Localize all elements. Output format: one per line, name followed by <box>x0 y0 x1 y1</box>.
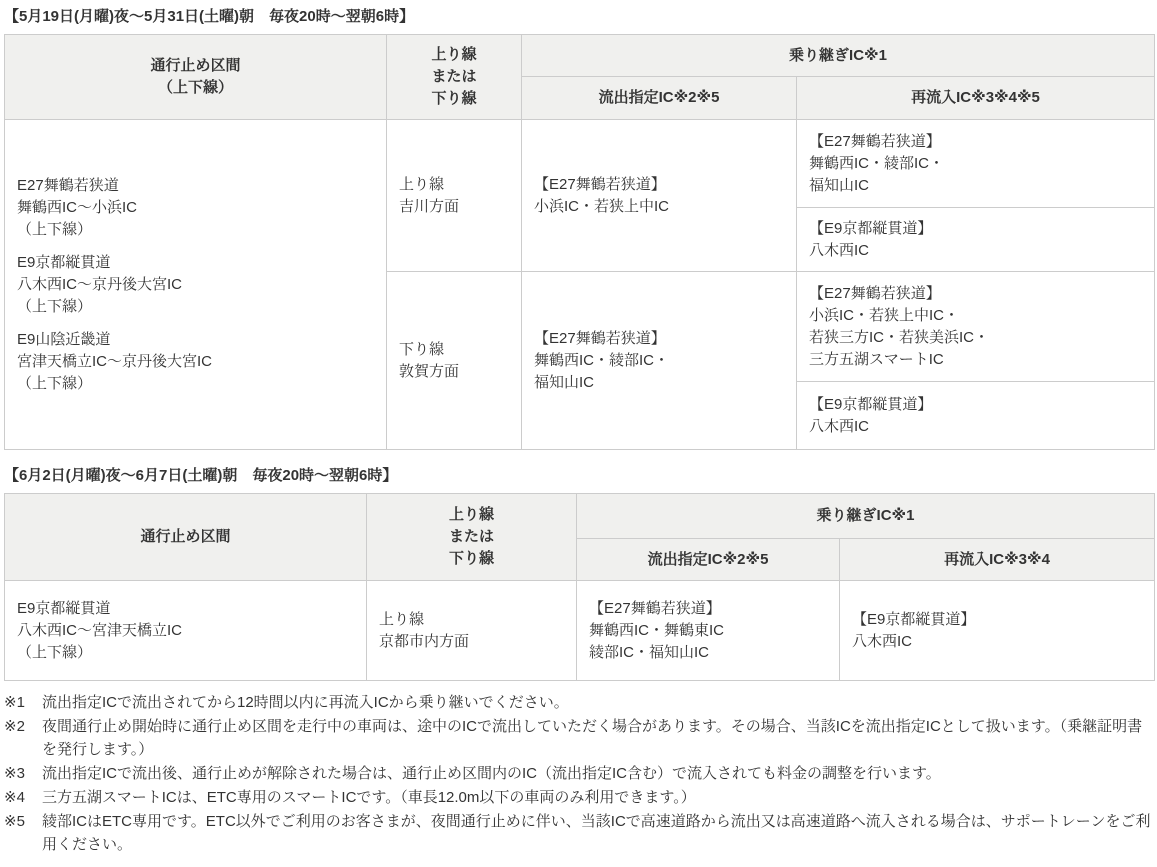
footnote-marker: ※1 <box>4 691 42 714</box>
footnote-5: ※5 綾部ICはETC専用です。ETC以外でご利用のお客さまが、夜間通行止めに伴… <box>4 810 1154 856</box>
footnote-marker: ※4 <box>4 786 42 809</box>
footnotes: ※1 流出指定ICで流出されてから12時間以内に再流入ICから乗り継いでください… <box>4 691 1154 856</box>
transfer-ic-header: 乗り継ぎIC※1 <box>577 494 1155 539</box>
footnote-2: ※2 夜間通行止め開始時に通行止め区間を走行中の車両は、途中のICで流出していた… <box>4 715 1154 761</box>
reentry-ic-cell-down-e27: 【E27舞鶴若狭道】 小浜IC・若狭上中IC・ 若狭三方IC・若狭美浜IC・ 三… <box>797 272 1155 382</box>
schedule-heading-june: 【6月2日(月曜)夜～6月7日(土曜)朝 毎夜20時～翌朝6時】 <box>4 466 1154 486</box>
footnote-marker: ※5 <box>4 810 42 833</box>
exit-ic-cell-up: 【E27舞鶴若狭道】 小浜IC・若狭上中IC <box>522 120 797 272</box>
reentry-ic-header: 再流入IC※3※4※5 <box>797 77 1155 120</box>
footnote-3: ※3 流出指定ICで流出後、通行止めが解除された場合は、通行止め区間内のIC（流… <box>4 762 1154 785</box>
exit-ic-header: 流出指定IC※2※5 <box>522 77 797 120</box>
direction-cell-up: 上り線 吉川方面 <box>387 120 522 272</box>
closure-roads-cell: E9京都縦貫道 八木西IC～宮津天橋立IC （上下線） <box>5 581 367 681</box>
direction-header: 上り線 または 下り線 <box>367 494 577 581</box>
closure-section-header: 通行止め区間 <box>5 494 367 581</box>
footnote-1: ※1 流出指定ICで流出されてから12時間以内に再流入ICから乗り継いでください… <box>4 691 1154 714</box>
direction-cell-down: 下り線 敦賀方面 <box>387 272 522 450</box>
closure-section-header: 通行止め区間 （上下線） <box>5 35 387 120</box>
exit-ic-cell-down: 【E27舞鶴若狭道】 舞鶴西IC・綾部IC・ 福知山IC <box>522 272 797 450</box>
page: 【5月19日(月曜)夜～5月31日(土曜)朝 毎夜20時～翌朝6時】 通行止め区… <box>0 0 1157 863</box>
reentry-ic-cell-down-e9: 【E9京都縦貫道】 八木西IC <box>797 382 1155 450</box>
footnote-4: ※4 三方五湖スマートICは、ETC専用のスマートICです。（車長12.0m以下… <box>4 786 1154 809</box>
exit-ic-cell: 【E27舞鶴若狭道】 舞鶴西IC・舞鶴東IC 綾部IC・福知山IC <box>577 581 840 681</box>
footnote-text: 夜間通行止め開始時に通行止め区間を走行中の車両は、途中のICで流出していただく場… <box>42 715 1154 761</box>
road-block-e9-sanin: E9山陰近畿道 宮津天橋立IC～京丹後大宮IC （上下線） <box>17 329 374 395</box>
closure-roads-cell: E27舞鶴若狭道 舞鶴西IC～小浜IC （上下線） E9京都縦貫道 八木西IC～… <box>5 120 387 450</box>
reentry-ic-cell: 【E9京都縦貫道】 八木西IC <box>840 581 1155 681</box>
direction-cell-up: 上り線 京都市内方面 <box>367 581 577 681</box>
direction-header: 上り線 または 下り線 <box>387 35 522 120</box>
reentry-ic-cell-up-e9: 【E9京都縦貫道】 八木西IC <box>797 208 1155 272</box>
road-block-e27: E27舞鶴若狭道 舞鶴西IC～小浜IC （上下線） <box>17 175 374 241</box>
footnote-marker: ※2 <box>4 715 42 738</box>
exit-ic-header: 流出指定IC※2※5 <box>577 539 840 581</box>
road-block-e9-kyoto: E9京都縦貫道 八木西IC～京丹後大宮IC （上下線） <box>17 252 374 318</box>
footnote-text: 三方五湖スマートICは、ETC専用のスマートICです。（車長12.0m以下の車両… <box>42 786 1154 809</box>
footnote-text: 綾部ICはETC専用です。ETC以外でご利用のお客さまが、夜間通行止めに伴い、当… <box>42 810 1154 856</box>
schedule-heading-may: 【5月19日(月曜)夜～5月31日(土曜)朝 毎夜20時～翌朝6時】 <box>4 7 1154 27</box>
reentry-ic-header: 再流入IC※3※4 <box>840 539 1155 581</box>
footnote-text: 流出指定ICで流出後、通行止めが解除された場合は、通行止め区間内のIC（流出指定… <box>42 762 1154 785</box>
reentry-ic-cell-up-e27: 【E27舞鶴若狭道】 舞鶴西IC・綾部IC・ 福知山IC <box>797 120 1155 208</box>
closure-table-may: 通行止め区間 （上下線） 上り線 または 下り線 乗り継ぎIC※1 流出指定IC… <box>4 34 1155 450</box>
footnote-text: 流出指定ICで流出されてから12時間以内に再流入ICから乗り継いでください。 <box>42 691 1154 714</box>
footnote-marker: ※3 <box>4 762 42 785</box>
transfer-ic-header: 乗り継ぎIC※1 <box>522 35 1155 77</box>
closure-table-june: 通行止め区間 上り線 または 下り線 乗り継ぎIC※1 流出指定IC※2※5 再… <box>4 493 1155 681</box>
